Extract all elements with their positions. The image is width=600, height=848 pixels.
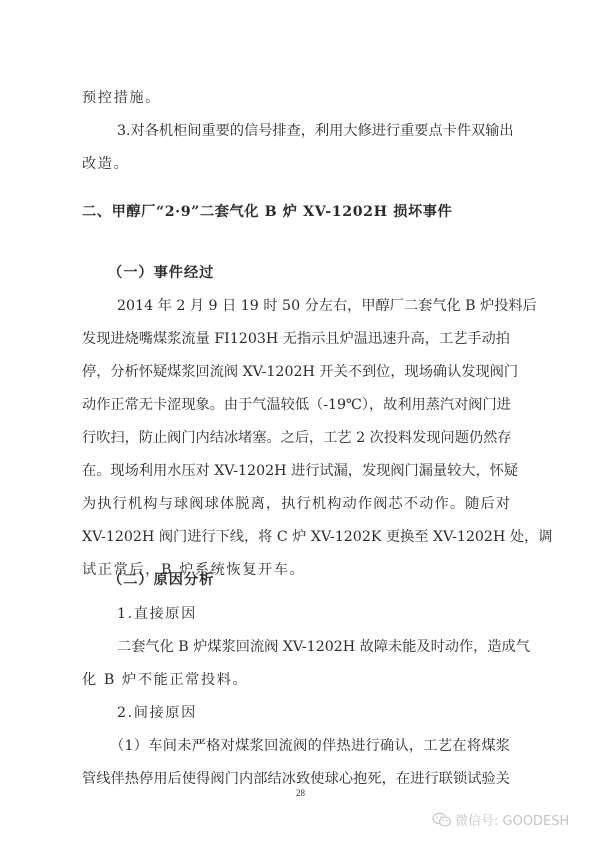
watermark: 微信号: GOODESH bbox=[432, 810, 569, 829]
paragraph-line: 3.对各机柜间重要的信号排查，利用大修进行重要点卡件双输出 bbox=[117, 121, 510, 141]
paragraph-line: XV-1202H 阀门进行下线，将 C 炉 XV-1202K 更换至 XV-12… bbox=[82, 527, 510, 547]
paragraph-line: 预控措施。 bbox=[82, 88, 510, 108]
paragraph-line: 动作正常无卡涩现象。由于气温较低（-19℃），故利用蒸汽对阀门进 bbox=[82, 395, 510, 415]
paragraph-line: 在。现场利用水压对 XV-1202H 进行试漏，发现阀门漏量较大，怀疑 bbox=[82, 461, 510, 481]
section-heading: 二、甲醇厂“2·9”二套气化 B 炉 XV-1202H 损坏事件 bbox=[82, 202, 510, 222]
subsection-heading: （二）原因分析 bbox=[108, 570, 536, 590]
paragraph-line: （1）车间未严格对煤浆回流阀的伴热进行确认，工艺在将煤浆 bbox=[110, 736, 510, 756]
page-number: 28 bbox=[296, 788, 305, 798]
watermark-text: 微信号: GOODESH bbox=[455, 810, 569, 829]
list-item-heading: 1.直接原因 bbox=[117, 604, 510, 624]
subsection-heading: （一）事件经过 bbox=[108, 263, 536, 283]
paragraph-line: 管线伴热停用后使得阀门内部结冰致使球心抱死，在进行联锁试验关 bbox=[82, 769, 510, 789]
paragraph-line: 发现进烧嘴煤浆流量 FI1203H 无指示且炉温迅速升高，工艺手动拍 bbox=[82, 329, 510, 349]
paragraph-line: 二套气化 B 炉煤浆回流阀 XV-1202H 故障未能及时动作，造成气 bbox=[117, 637, 510, 657]
paragraph-line: 2014 年 2 月 9 日 19 时 50 分左右，甲醇厂二套气化 B 炉投料… bbox=[117, 296, 510, 316]
paragraph-line: 为执行机构与球阀球体脱离，执行机构动作阀芯不动作。随后对 bbox=[82, 494, 510, 514]
paragraph-line: 化 B 炉不能正常投料。 bbox=[82, 670, 510, 690]
paragraph-line: 行吹扫，防止阀门内结冰堵塞。之后，工艺 2 次投料发现问题仍然存 bbox=[82, 428, 510, 448]
paragraph-line: 改造。 bbox=[82, 154, 510, 174]
paragraph-line: 停，分析怀疑煤浆回流阀 XV-1202H 开关不到位，现场确认发现阀门 bbox=[82, 362, 510, 382]
wechat-icon bbox=[432, 812, 452, 828]
list-item-heading: 2.间接原因 bbox=[117, 703, 510, 723]
